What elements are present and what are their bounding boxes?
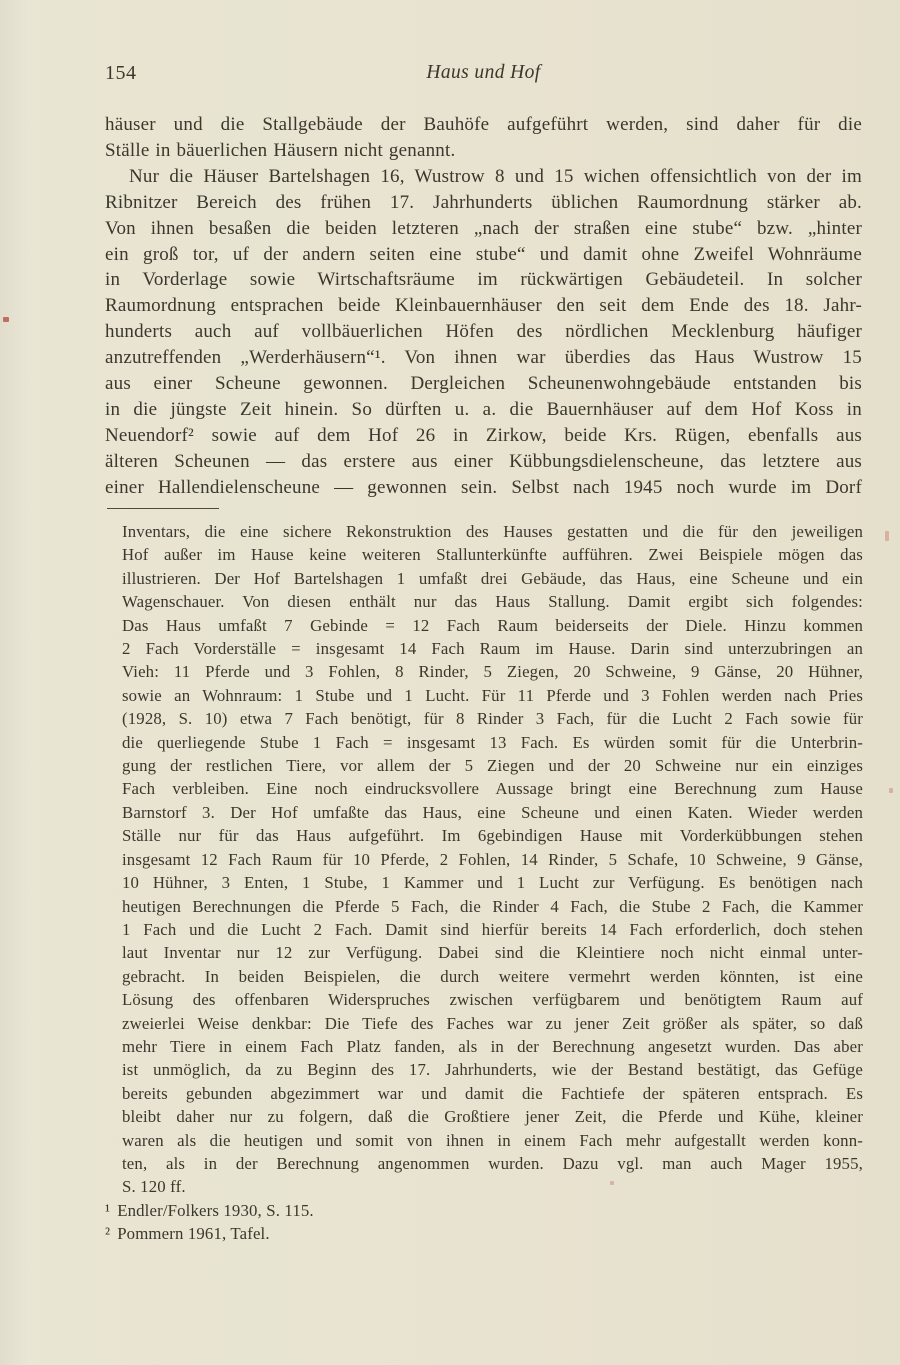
footnote-separator-rule (107, 508, 219, 509)
main-text-line: ein groß tor, uf der andern seiten eine … (105, 242, 862, 268)
footnote-line: S. 120 ff. (122, 1175, 863, 1198)
footnote-line: 10 Hühner, 3 Enten, 1 Stube, 1 Kammer un… (122, 871, 863, 894)
main-text-line: in die jüngste Zeit hinein. So dürften u… (105, 397, 862, 423)
main-text-line: Raumordnung entsprachen beide Kleinbauer… (105, 293, 862, 319)
running-title: Haus und Hof (105, 62, 862, 84)
footnote-list: ¹Endler/Folkers 1930, S. 115. ²Pommern 1… (105, 1199, 863, 1246)
main-text-line: Nur die Häuser Bartelshagen 16, Wustrow … (105, 164, 862, 190)
main-text-line: in Vorderlage sowie Wirtschaftsräume im … (105, 267, 862, 293)
footnote-marker: ¹ (105, 1201, 110, 1220)
footnote-line: laut Inventar nur 12 zur Verfügung. Dabe… (122, 941, 863, 964)
footnote-line: die querliegende Stube 1 Fach = insgesam… (122, 731, 863, 754)
footnote-line: bereits gebunden abgezimmert war und dam… (122, 1082, 863, 1105)
scan-mark-red (885, 531, 889, 541)
main-text-line: Neuendorf² sowie auf dem Hof 26 in Zirko… (105, 423, 862, 449)
footnote-line: sowie an Wohnraum: 1 Stube und 1 Lucht. … (122, 684, 863, 707)
footnote-line: zweierlei Weise denkbar: Die Tiefe des F… (122, 1012, 863, 1035)
footnote-line: ist unmöglich, da zu Beginn des 17. Jahr… (122, 1058, 863, 1081)
book-page: 154 Haus und Hof häuser und die Stallgeb… (0, 0, 900, 1365)
footnote-line: 1 Fach und die Lucht 2 Fach. Damit sind … (122, 918, 863, 941)
footnote-line: mehr Tiere in einem Fach Platz fanden, a… (122, 1035, 863, 1058)
footnote-line: illustrieren. Der Hof Bartelshagen 1 umf… (122, 567, 863, 590)
main-text-line: Ställe in bäuerlichen Häusern nicht gena… (105, 138, 862, 164)
footnote-line: Hof außer im Hause keine weiteren Stallu… (122, 543, 863, 566)
footnote-line: Wagenschauer. Von diesen enthält nur das… (122, 590, 863, 613)
footnote-line: 2 Fach Vorderställe = insgesamt 14 Fach … (122, 637, 863, 660)
footnote-line: Vieh: 11 Pferde und 3 Fohlen, 8 Rinder, … (122, 660, 863, 683)
footnote-item: ²Pommern 1961, Tafel. (105, 1222, 863, 1245)
footnote-line: Ställe nur für das Haus aufgeführt. Im 6… (122, 824, 863, 847)
footnote-line: (1928, S. 10) etwa 7 Fach benötigt, für … (122, 707, 863, 730)
main-text-line: hunderts auch auf vollbäuerlichen Höfen … (105, 319, 862, 345)
footnote-line: bleibt daher nur zu folgern, daß die Gro… (122, 1105, 863, 1128)
footnote-item: ¹Endler/Folkers 1930, S. 115. (105, 1199, 863, 1222)
main-text-line: anzutreffenden „Werderhäusern“¹. Von ihn… (105, 345, 862, 371)
footnote-line: gebracht. In beiden Beispielen, die durc… (122, 965, 863, 988)
scan-mark-red (3, 317, 9, 322)
footnote-line: waren als die heutigen und somit von ihn… (122, 1129, 863, 1152)
footnote-continuation-block: Inventars, die eine sichere Rekonstrukti… (105, 520, 863, 1199)
main-text-block: häuser und die Stallgebäude der Bauhöfe … (105, 112, 862, 501)
footnote-area: Inventars, die eine sichere Rekonstrukti… (105, 520, 863, 1246)
footnote-marker: ² (105, 1224, 110, 1243)
main-text-line: Ribnitzer Bereich des frühen 17. Jahrhun… (105, 190, 862, 216)
main-text-line: einer Hallendielenscheune — gewonnen sei… (105, 475, 862, 501)
main-text-line: häuser und die Stallgebäude der Bauhöfe … (105, 112, 862, 138)
footnote-text: Pommern 1961, Tafel. (117, 1224, 270, 1243)
footnote-line: Inventars, die eine sichere Rekonstrukti… (122, 520, 863, 543)
footnote-text: Endler/Folkers 1930, S. 115. (117, 1201, 314, 1220)
main-text-line: aus einer Scheune gewonnen. Dergleichen … (105, 371, 862, 397)
scan-edge-shadow (0, 0, 30, 1365)
main-text-line: älteren Scheunen — das erstere aus einer… (105, 449, 862, 475)
footnote-line: Lösung des offenbaren Widerspruches zwis… (122, 988, 863, 1011)
main-text-line: Von ihnen besaßen die beiden letzteren „… (105, 216, 862, 242)
footnote-line: Barnstorf 3. Der Hof umfaßte das Haus, e… (122, 801, 863, 824)
footnote-line: Das Haus umfaßt 7 Gebinde = 12 Fach Raum… (122, 614, 863, 637)
footnote-line: insgesamt 12 Fach Raum für 10 Pferde, 2 … (122, 848, 863, 871)
scan-mark-red (889, 788, 893, 793)
footnote-line: heutigen Berechnungen die Pferde 5 Fach,… (122, 895, 863, 918)
footnote-line: gung der restlichen Tiere, vor allem der… (122, 754, 863, 777)
footnote-line: ten, als in der Berechnung angenommen wu… (122, 1152, 863, 1175)
footnote-line: Fach verbleiben. Eine noch eindrucksvoll… (122, 777, 863, 800)
